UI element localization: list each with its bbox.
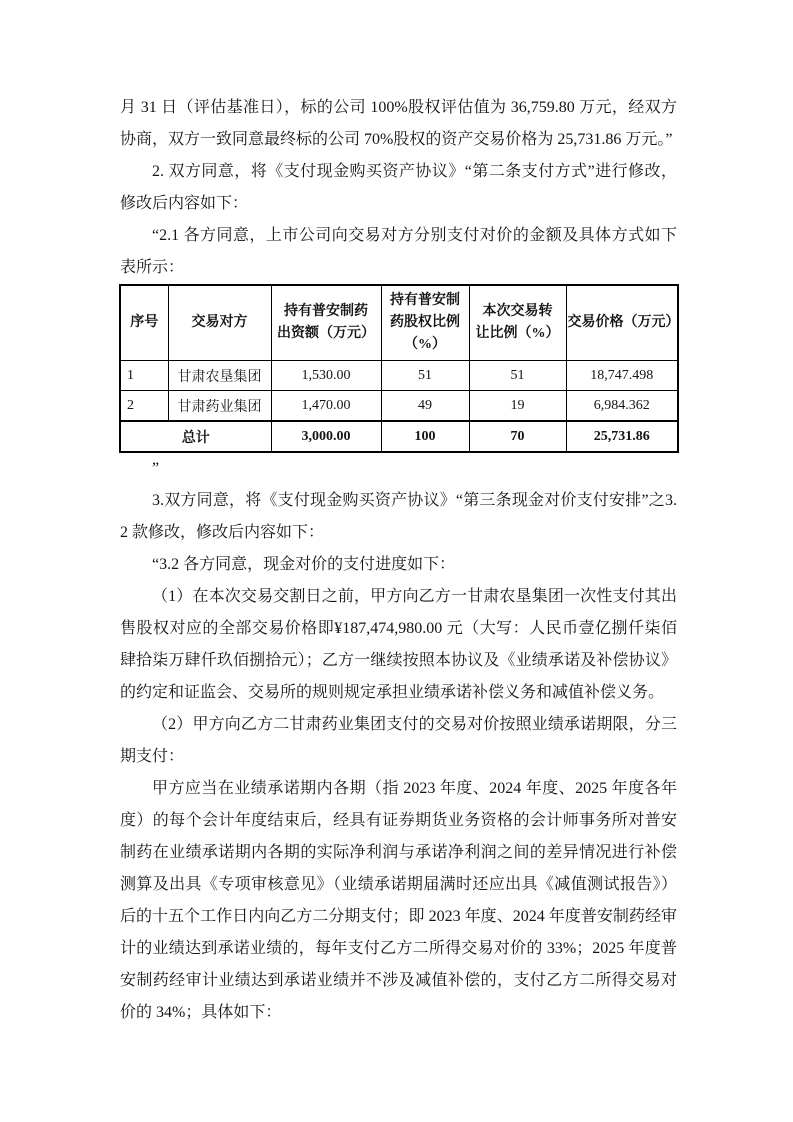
cell-index: 1 xyxy=(120,361,168,391)
cell-total-label: 总计 xyxy=(120,421,271,452)
table-header-row: 序号 交易对方 持有普安制药 出资额（万元） 持有普安制 药股权比例 （%） 本… xyxy=(120,285,678,361)
cell-party: 甘肃农垦集团 xyxy=(168,361,271,391)
paragraph-payment-item-1: （1）在本次交易交割日之前，甲方向乙方一甘肃农垦集团一次性支付其出售股权对应的全… xyxy=(120,581,677,709)
table-total-row: 总计 3,000.00 100 70 25,731.86 xyxy=(120,421,678,452)
header-equity-ratio: 持有普安制 药股权比例 （%） xyxy=(381,285,469,361)
cell-party: 甘肃药业集团 xyxy=(168,391,271,422)
cell-capital: 1,530.00 xyxy=(271,361,381,391)
header-transfer-ratio: 本次交易转 让比例（%） xyxy=(469,285,566,361)
cell-equity-ratio: 49 xyxy=(381,391,469,422)
paragraph-valuation: 月 31 日（评估基准日），标的公司 100%股权评估值为 36,759.80 … xyxy=(120,92,677,156)
payment-table: 序号 交易对方 持有普安制药 出资额（万元） 持有普安制 药股权比例 （%） 本… xyxy=(119,284,679,453)
paragraph-clause-2: 2. 双方同意，将《支付现金购买资产协议》“第二条支付方式”进行修改，修改后内容… xyxy=(120,156,677,220)
cell-transfer-ratio: 19 xyxy=(469,391,566,422)
header-capital: 持有普安制药 出资额（万元） xyxy=(271,285,381,361)
cell-price: 18,747.498 xyxy=(566,361,678,391)
table-row: 2 甘肃药业集团 1,470.00 49 19 6,984.362 xyxy=(120,391,678,422)
cell-total-equity-ratio: 100 xyxy=(381,421,469,452)
header-index: 序号 xyxy=(120,285,168,361)
cell-index: 2 xyxy=(120,391,168,422)
header-price: 交易价格（万元） xyxy=(566,285,678,361)
paragraph-payment-item-2: （2）甲方向乙方二甘肃药业集团支付的交易对价按照业绩承诺期限，分三期支付： xyxy=(120,709,677,773)
paragraph-clause-2-1: “2.1 各方同意，上市公司向交易对方分别支付对价的金额及具体方式如下表所示： xyxy=(120,220,677,284)
header-party: 交易对方 xyxy=(168,285,271,361)
paragraph-clause-3: 3.双方同意，将《支付现金购买资产协议》“第三条现金对价支付安排”之3.2 款修… xyxy=(120,485,677,549)
document-page: 月 31 日（评估基准日），标的公司 100%股权评估值为 36,759.80 … xyxy=(0,0,793,1122)
cell-transfer-ratio: 51 xyxy=(469,361,566,391)
cell-price: 6,984.362 xyxy=(566,391,678,422)
paragraph-clause-3-2: “3.2 各方同意，现金对价的支付进度如下： xyxy=(120,549,677,581)
table-row: 1 甘肃农垦集团 1,530.00 51 51 18,747.498 xyxy=(120,361,678,391)
paragraph-payment-schedule: 甲方应当在业绩承诺期内各期（指 2023 年度、2024 年度、2025 年度各… xyxy=(120,773,677,1029)
cell-capital: 1,470.00 xyxy=(271,391,381,422)
cell-total-price: 25,731.86 xyxy=(566,421,678,452)
cell-total-transfer-ratio: 70 xyxy=(469,421,566,452)
cell-equity-ratio: 51 xyxy=(381,361,469,391)
cell-total-capital: 3,000.00 xyxy=(271,421,381,452)
paragraph-closing-quote: ” xyxy=(120,453,677,485)
